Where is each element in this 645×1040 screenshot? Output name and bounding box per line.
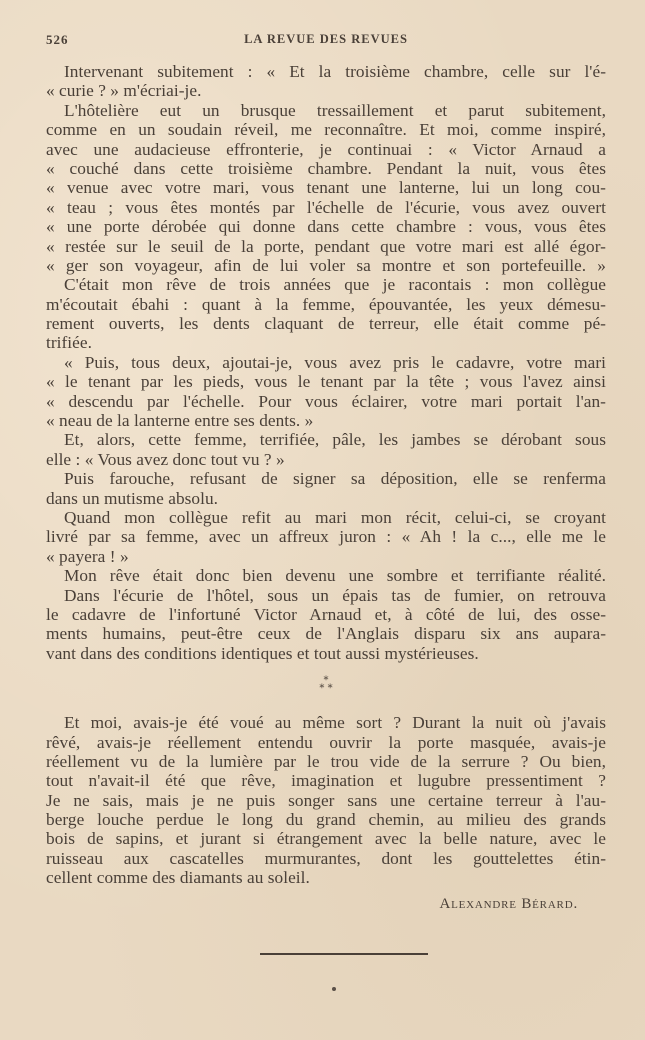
text-line: « venue avec votre mari, vous tenant une… xyxy=(46,178,606,197)
text-line: elle : « Vous avez donc tout vu ? » xyxy=(46,450,606,469)
text-line: ruisseau aux cascatelles murmurantes, do… xyxy=(46,849,606,868)
text-line: Et, alors, cette femme, terrifiée, pâle,… xyxy=(46,430,606,449)
text-line: C'était mon rêve de trois années que je … xyxy=(46,275,606,294)
text-line: vant dans des conditions identiques et t… xyxy=(46,644,606,663)
text-line: m'écoutait ébahi : quant à la femme, épo… xyxy=(46,295,606,314)
text-line: Puis farouche, refusant de signer sa dép… xyxy=(46,469,606,488)
text-line: « couché dans cette troisième chambre. P… xyxy=(46,159,606,178)
running-head: 526 LA REVUE DES REVUES xyxy=(46,30,606,52)
text-line: Intervenant subitement : « Et la troisiè… xyxy=(46,62,606,81)
asterism-bottom: * * xyxy=(46,685,606,693)
text-line: trifiée. xyxy=(46,333,606,352)
text-line: réellement vu de la lumière par le trou … xyxy=(46,752,606,771)
text-line: berge louche perdue le long du grand che… xyxy=(46,810,606,829)
text-line: ments humains, peut-être ceux de l'Angla… xyxy=(46,624,606,643)
text-line: « descendu par l'échelle. Pour vous écla… xyxy=(46,392,606,411)
text-line: Quand mon collègue refit au mari mon réc… xyxy=(46,508,606,527)
section-break-asterism: * * * xyxy=(46,677,606,693)
text-line: le cadavre de l'infortuné Victor Arnaud … xyxy=(46,605,606,624)
text-line: « curie ? » m'écriai-je. xyxy=(46,81,606,100)
book-page: 526 LA REVUE DES REVUES Intervenant subi… xyxy=(46,30,606,991)
text-line: « le tenant par les pieds, vous le tenan… xyxy=(46,372,606,391)
text-line: « restée sur le seuil de la porte, penda… xyxy=(46,237,606,256)
text-line: « une porte dérobée qui donne dans cette… xyxy=(46,217,606,236)
text-line: « Puis, tous deux, ajoutai-je, vous avez… xyxy=(46,353,606,372)
text-line: dans un mutisme absolu. xyxy=(46,489,606,508)
article-body-part-1: Intervenant subitement : « Et la troisiè… xyxy=(46,62,606,663)
text-line: tout n'avait-il été que rêve, imaginatio… xyxy=(46,771,606,790)
text-line: Mon rêve était donc bien devenu une somb… xyxy=(46,566,606,585)
text-line: Je ne sais, mais je ne puis songer sans … xyxy=(46,791,606,810)
text-line: Dans l'écurie de l'hôtel, sous un épais … xyxy=(46,586,606,605)
text-line: avec une audacieuse effronterie, je cont… xyxy=(46,140,606,159)
text-line: « payera ! » xyxy=(46,547,606,566)
text-line: L'hôtelière eut un brusque tressaillemen… xyxy=(46,101,606,120)
text-line: cellent comme des diamants au soleil. xyxy=(46,868,606,887)
end-dot-mark xyxy=(332,987,336,991)
end-rule-divider xyxy=(260,953,428,955)
article-body-part-2: Et moi, avais-je été voué au même sort ?… xyxy=(46,713,606,888)
text-line: rêvé, avais-je réellement entendu ouvrir… xyxy=(46,733,606,752)
journal-title: LA REVUE DES REVUES xyxy=(46,32,606,47)
text-line: livré par sa femme, avec un affreux juro… xyxy=(46,527,606,546)
text-line: bois de sapins, et jurant si étrangement… xyxy=(46,829,606,848)
text-line: « neau de la lanterne entre ses dents. » xyxy=(46,411,606,430)
author-signature: Alexandre Bérard. xyxy=(46,896,606,913)
text-line: « teau ; vous êtes montés par l'échelle … xyxy=(46,198,606,217)
text-line: « ger son voyageur, afin de lui voler sa… xyxy=(46,256,606,275)
text-line: comme en un soudain réveil, me reconnaît… xyxy=(46,120,606,139)
text-line: Et moi, avais-je été voué au même sort ?… xyxy=(46,713,606,732)
text-line: rement ouverts, les dents claquant de te… xyxy=(46,314,606,333)
